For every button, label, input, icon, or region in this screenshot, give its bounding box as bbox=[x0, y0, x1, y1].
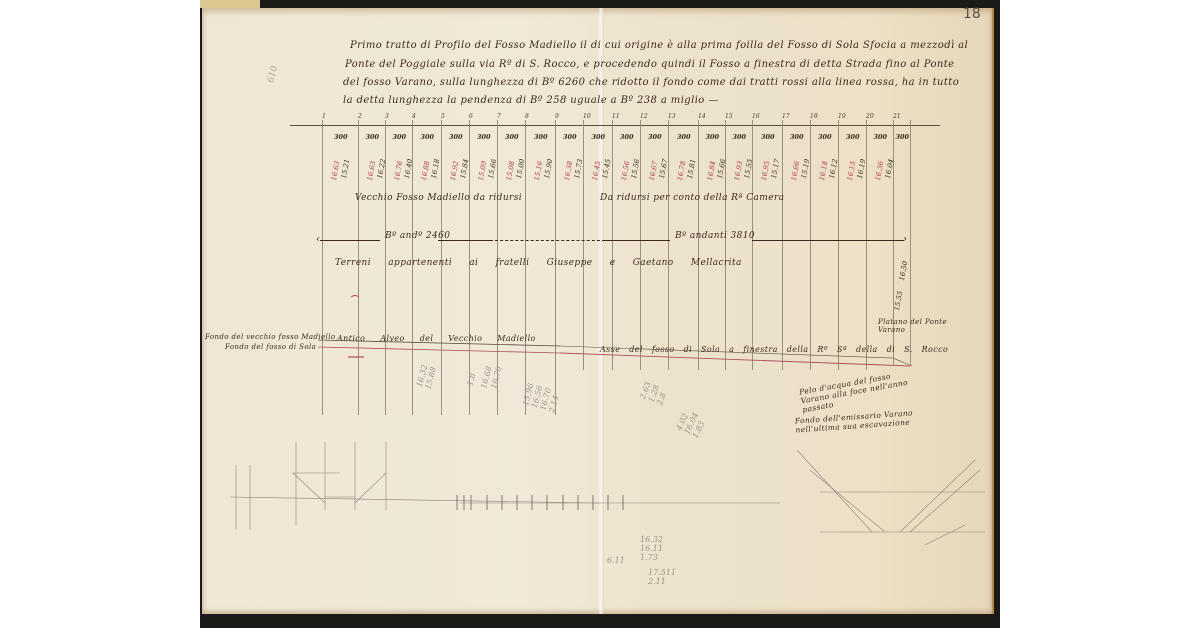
title-line-4: la detta lunghezza la pendenza di Bº 258… bbox=[343, 95, 719, 106]
old-channel-label: Antico Alveo del Vecchio Madiello bbox=[337, 334, 536, 343]
distance-value: 300 bbox=[818, 133, 832, 141]
title-line-1: Primo tratto di Profilo del Fosso Madiel… bbox=[350, 40, 968, 51]
sola-axis-label: Asse del fosso di Sola a finestra della … bbox=[600, 345, 948, 354]
distance-value: 300 bbox=[563, 133, 577, 141]
left-section-label: Vecchio Fosso Madiello da ridursi bbox=[355, 193, 522, 203]
station-number: 18 bbox=[810, 113, 818, 120]
distance-value: 300 bbox=[733, 133, 747, 141]
left-measure-line-b bbox=[438, 240, 493, 241]
distance-value: 300 bbox=[393, 133, 407, 141]
station-line bbox=[612, 120, 613, 370]
arrow-right-icon: › bbox=[903, 234, 907, 245]
right-measure-label: Bº andanti 3810 bbox=[675, 231, 755, 241]
station-line bbox=[810, 120, 811, 370]
distance-value: 300 bbox=[846, 133, 860, 141]
distance-value: 300 bbox=[334, 133, 348, 141]
station-line bbox=[583, 120, 584, 370]
station-number: 13 bbox=[668, 113, 676, 120]
title-line-2: Ponte del Poggiale sulla via Rº di S. Ro… bbox=[345, 59, 954, 70]
distance-value: 300 bbox=[677, 133, 691, 141]
right-section-label: Da ridursi per conto della Rª Camera bbox=[600, 193, 784, 203]
station-line bbox=[668, 120, 669, 370]
distance-value: 300 bbox=[790, 133, 804, 141]
distance-value: 300 bbox=[620, 133, 634, 141]
left-measure-line-a bbox=[320, 240, 380, 241]
station-number: 12 bbox=[640, 113, 648, 120]
distance-value: 300 bbox=[592, 133, 606, 141]
station-number: 11 bbox=[612, 113, 620, 120]
station-number: 5 bbox=[441, 113, 445, 120]
station-number: 6 bbox=[469, 113, 473, 120]
pencil-note-9: 6.11 bbox=[607, 556, 625, 565]
distance-value: 300 bbox=[761, 133, 775, 141]
distance-value: 300 bbox=[534, 133, 548, 141]
station-number: 15 bbox=[725, 113, 733, 120]
page-number: 18 bbox=[963, 6, 981, 22]
station-number: 4 bbox=[412, 113, 416, 120]
station-number: 20 bbox=[866, 113, 874, 120]
distance-value: 300 bbox=[896, 133, 910, 141]
station-number: 19 bbox=[838, 113, 846, 120]
pencil-note-8: 16.32 16.11 1.73 bbox=[640, 535, 663, 562]
station-line bbox=[782, 120, 783, 370]
station-line bbox=[752, 120, 753, 370]
distance-value: 300 bbox=[477, 133, 491, 141]
station-number: 8 bbox=[525, 113, 529, 120]
owners-label: Terreni appartenenti ai fratelli Giusepp… bbox=[335, 258, 742, 268]
right-end-label: Platano del Ponte Varano bbox=[878, 318, 948, 334]
station-number: 7 bbox=[497, 113, 501, 120]
distance-value: 300 bbox=[648, 133, 662, 141]
bottom-left-label-2: Fondo del fosso di Sola bbox=[225, 343, 316, 351]
station-number: 3 bbox=[385, 113, 389, 120]
station-number: 14 bbox=[698, 113, 706, 120]
distance-value: 300 bbox=[874, 133, 888, 141]
distance-value: 300 bbox=[449, 133, 463, 141]
station-line bbox=[838, 120, 839, 370]
right-measure-line-b bbox=[752, 240, 904, 241]
station-number: 1 bbox=[322, 113, 326, 120]
station-line bbox=[725, 120, 726, 370]
station-line bbox=[698, 120, 699, 370]
distance-value: 300 bbox=[421, 133, 435, 141]
station-number: 10 bbox=[583, 113, 591, 120]
station-line bbox=[322, 120, 323, 415]
paper-edge-strip bbox=[200, 0, 260, 8]
distance-value: 300 bbox=[505, 133, 519, 141]
station-number: 16 bbox=[752, 113, 760, 120]
pencil-note-10: 17.511 2.11 bbox=[648, 568, 676, 586]
arrow-left-icon: ‹ bbox=[316, 234, 320, 245]
bottom-left-label-1: Fondo del vecchio fosso Madiello bbox=[205, 333, 335, 341]
station-number: 2 bbox=[358, 113, 362, 120]
profile-top-line bbox=[290, 125, 940, 126]
measure-dashed bbox=[495, 240, 605, 241]
distance-value: 300 bbox=[706, 133, 720, 141]
station-number: 21 bbox=[893, 113, 901, 120]
station-line bbox=[640, 120, 641, 370]
station-line bbox=[866, 120, 867, 370]
title-line-3: del fosso Varano, sulla lunghezza di Bº … bbox=[343, 77, 959, 88]
station-number: 17 bbox=[782, 113, 790, 120]
distance-value: 300 bbox=[366, 133, 380, 141]
station-number: 9 bbox=[555, 113, 559, 120]
right-measure-line-a bbox=[605, 240, 670, 241]
